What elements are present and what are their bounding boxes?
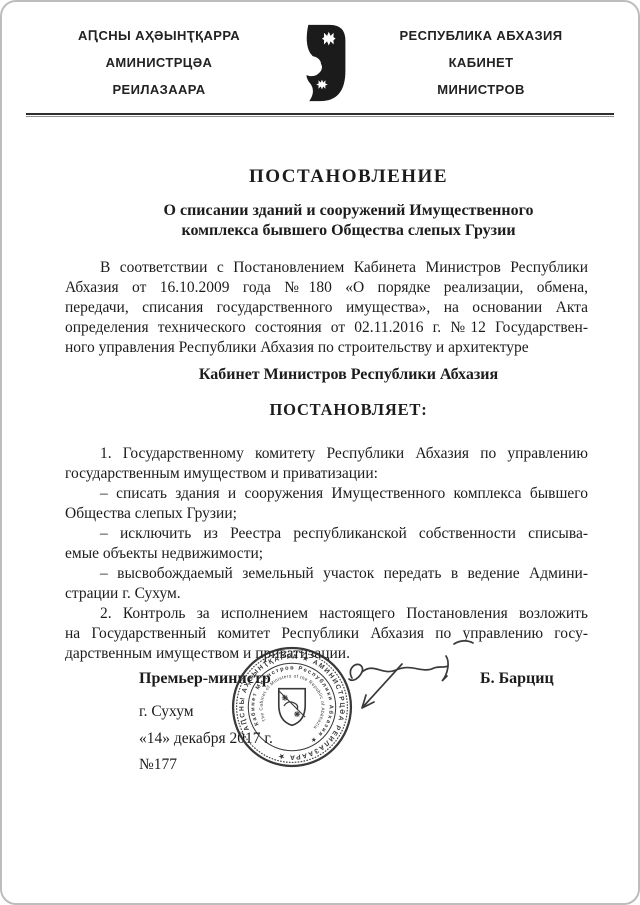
item-1-dash-1: – списать здания и сооружения Имуществен… [65,484,588,524]
subtitle-line: комплекса бывшего Общества слепых Грузии [109,221,588,241]
letterhead-line: РЕСПУБЛИКА АБХАЗИЯ [352,22,610,49]
document-subtitle: О списании зданий и сооружений Имуществе… [65,201,588,241]
paragraph-line: передачи, списания государственного имущ… [65,298,588,318]
paragraph-line: 2. Контроль за исполнением настоящего По… [65,604,588,624]
item-1-dash-3: – высвобождаемый земельный участок перед… [65,564,588,604]
signature-place: г. Сухум [139,703,194,721]
paragraph-line: – высвобождаемый земельный участок перед… [65,564,588,584]
document-number: №177 [139,756,177,774]
letterhead-right-russian: РЕСПУБЛИКА АБХАЗИЯ КАБИНЕТ МИНИСТРОВ [352,22,610,103]
subtitle-line: О списании зданий и сооружений Имуществе… [109,201,588,221]
document-title: ПОСТАНОВЛЕНИЕ [65,167,588,187]
resolver-line: Кабинет Министров Республики Абхазия [65,365,588,385]
signature-name: Б. Барциц [480,670,554,688]
paragraph-line: емые объекты недвижимости; [65,544,588,564]
coat-of-arms-icon [288,22,352,106]
letterhead-line: АМИНИСТРЦӘА [30,49,288,76]
resolution-word: ПОСТАНОВЛЯЕТ: [65,400,588,420]
handwritten-signature [332,634,484,720]
item-1-dash-2: – исключить из Реестра республиканской с… [65,524,588,564]
header-divider [26,113,614,117]
document-body: ПОСТАНОВЛЕНИЕ О списании зданий и сооруж… [65,167,588,664]
paragraph-line: определения технического состояния от 02… [65,318,588,338]
paragraph-line: – списать здания и сооружения Имуществен… [65,484,588,504]
paragraph-line: ного управления Республики Абхазия по ст… [65,338,588,358]
paragraph-line: Общества слепых Грузии; [65,504,588,524]
resolution-items: 1. Государственному комитету Республики … [65,444,588,664]
item-1: 1. Государственному комитету Республики … [65,444,588,484]
stamp-center-shield [279,689,305,726]
paragraph-line: – исключить из Реестра республиканской с… [65,524,588,544]
letterhead: АԤСНЫ АҲӘЫНҬҚАРРА АМИНИСТРЦӘА РЕИЛАЗААРА… [2,2,638,106]
document-page: АԤСНЫ АҲӘЫНҬҚАРРА АМИНИСТРЦӘА РЕИЛАЗААРА… [0,0,640,905]
letterhead-line: КАБИНЕТ [352,49,610,76]
paragraph-line: Абхазия от 16.10.2009 года №180 «О поряд… [65,278,588,298]
letterhead-line: РЕИЛАЗААРА [30,76,288,103]
paragraph-line: на Государственный комитет Республики Аб… [65,624,588,644]
intro-paragraph: В соответствии с Постановлением Кабинета… [65,258,588,358]
paragraph-line: В соответствии с Постановлением Кабинета… [65,258,588,278]
paragraph-line: государственным имуществом и приватизаци… [65,464,588,484]
letterhead-line: АԤСНЫ АҲӘЫНҬҚАРРА [30,22,288,49]
paragraph-line: страции г. Сухум. [65,584,588,604]
paragraph-line: 1. Государственному комитету Республики … [65,444,588,464]
letterhead-left-abkhaz: АԤСНЫ АҲӘЫНҬҚАРРА АМИНИСТРЦӘА РЕИЛАЗААРА [30,22,288,103]
letterhead-line: МИНИСТРОВ [352,76,610,103]
